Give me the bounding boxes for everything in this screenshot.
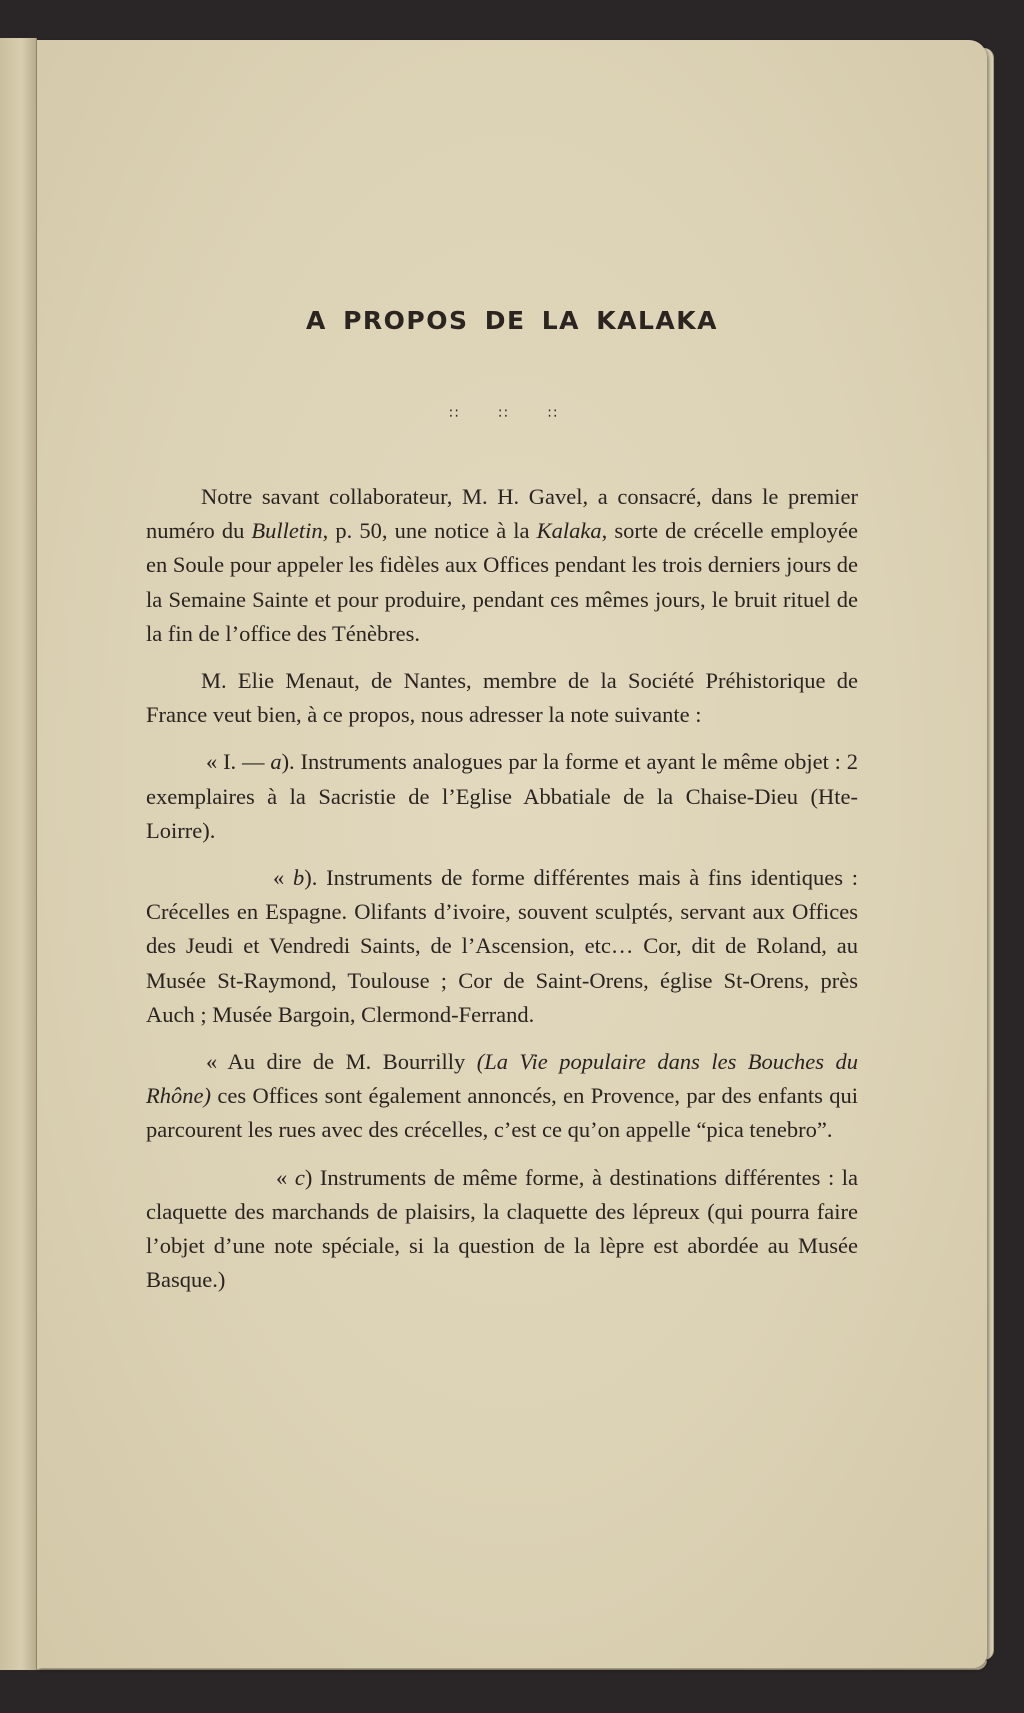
item-letter: a — [270, 749, 281, 774]
italic-title: Bulletin — [251, 518, 322, 543]
paragraph-item-b: « b). Instruments de forme différentes m… — [146, 861, 858, 1032]
book-page: A PROPOS DE LA KALAKA ∷ ∷ ∷ Notre savant… — [37, 40, 987, 1668]
item-letter: b — [293, 865, 304, 890]
paragraph: Notre savant collaborateur, M. H. Gavel,… — [146, 480, 858, 651]
item-letter: c — [295, 1165, 305, 1190]
italic-term: Kalaka — [537, 518, 602, 543]
facing-page-edge — [0, 38, 37, 1670]
paragraph-item-c: « c) Instruments de même forme, à destin… — [146, 1161, 858, 1298]
paragraph-item-a: « I. — a). Instruments analogues par la … — [146, 745, 858, 848]
title-ornament: ∷ ∷ ∷ — [37, 406, 987, 422]
paragraph-quote: « Au dire de M. Bourrilly (La Vie popula… — [146, 1045, 858, 1148]
article-body: Notre savant collaborateur, M. H. Gavel,… — [146, 480, 858, 1297]
paragraph: M. Elie Menaut, de Nantes, membre de la … — [146, 664, 858, 732]
article-title: A PROPOS DE LA KALAKA — [37, 306, 987, 335]
